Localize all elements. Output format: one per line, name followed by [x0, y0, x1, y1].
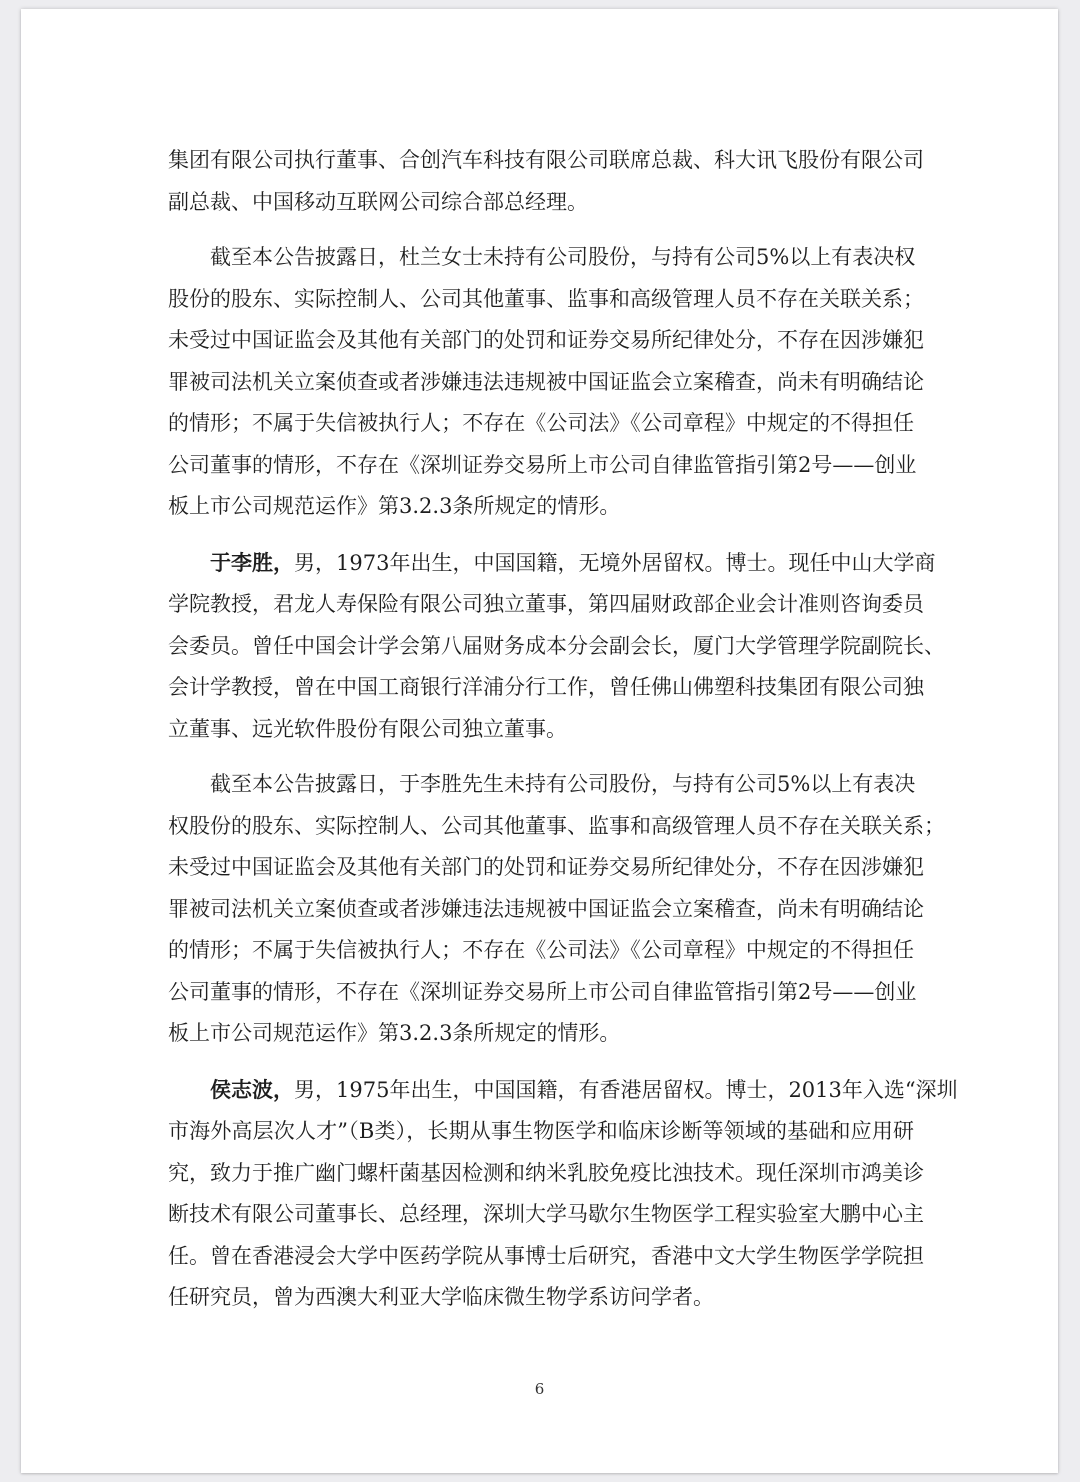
- text-line: 公司董事的情形，不存在《深圳证券交易所上市公司自律监管指引第2号——创业: [168, 972, 914, 1014]
- text-line: 侯志波，男，1975年出生，中国国籍，有香港居留权。博士，2013年入选“深圳: [168, 1069, 914, 1112]
- text-fragment: 男，1975年出生，中国国籍，有香港居留权。博士，2013年入选“深圳: [294, 1078, 958, 1102]
- text-line: 于李胜，男，1973年出生，中国国籍，无境外居留权。博士。现任中山大学商: [168, 542, 914, 585]
- text-line: 断技术有限公司董事长、总经理，深圳大学马歇尔生物医学工程实验室大鹏中心主: [168, 1194, 914, 1236]
- text-fragment: 男，1973年出生，中国国籍，无境外居留权。博士。现任中山大学商: [294, 551, 935, 575]
- page-number: 6: [21, 1380, 1058, 1398]
- text-line: 板上市公司规范运作》第3.2.3条所规定的情形。: [168, 1013, 914, 1055]
- text-line: 股份的股东、实际控制人、公司其他董事、监事和高级管理人员不存在关联关系；: [168, 279, 914, 321]
- paragraph-yu-lisheng-disclosure: 截至本公告披露日，于李胜先生未持有公司股份，与持有公司5%以上有表决 权股份的股…: [168, 764, 914, 1055]
- text-line: 的情形；不属于失信被执行人；不存在《公司法》《公司章程》中规定的不得担任: [168, 403, 914, 445]
- paragraph-yu-lisheng-bio: 于李胜，男，1973年出生，中国国籍，无境外居留权。博士。现任中山大学商 学院教…: [168, 542, 914, 751]
- text-line: 会委员。曾任中国会计学会第八届财务成本分会副会长，厦门大学管理学院副院长、: [168, 626, 914, 668]
- paragraph-continuation: 集团有限公司执行董事、合创汽车科技有限公司联席总裁、科大讯飞股份有限公司 副总裁…: [168, 140, 914, 223]
- person-name: 于李胜，: [210, 550, 294, 575]
- text-line: 罪被司法机关立案侦查或者涉嫌违法违规被中国证监会立案稽查，尚未有明确结论: [168, 362, 914, 404]
- page-content: 集团有限公司执行董事、合创汽车科技有限公司联席总裁、科大讯飞股份有限公司 副总裁…: [168, 140, 914, 1333]
- text-line: 截至本公告披露日，杜兰女士未持有公司股份，与持有公司5%以上有表决权: [168, 237, 914, 279]
- text-line: 立董事、远光软件股份有限公司独立董事。: [168, 709, 914, 751]
- text-line: 权股份的股东、实际控制人、公司其他董事、监事和高级管理人员不存在关联关系；: [168, 806, 914, 848]
- text-line: 副总裁、中国移动互联网公司综合部总经理。: [168, 182, 914, 224]
- person-name: 侯志波，: [210, 1077, 294, 1102]
- text-line: 板上市公司规范运作》第3.2.3条所规定的情形。: [168, 486, 914, 528]
- text-line: 未受过中国证监会及其他有关部门的处罚和证券交易所纪律处分，不存在因涉嫌犯: [168, 847, 914, 889]
- text-line: 任研究员，曾为西澳大利亚大学临床微生物学系访问学者。: [168, 1277, 914, 1319]
- text-line: 学院教授，君龙人寿保险有限公司独立董事，第四届财政部企业会计准则咨询委员: [168, 584, 914, 626]
- text-line: 未受过中国证监会及其他有关部门的处罚和证券交易所纪律处分，不存在因涉嫌犯: [168, 320, 914, 362]
- text-line: 公司董事的情形，不存在《深圳证券交易所上市公司自律监管指引第2号——创业: [168, 445, 914, 487]
- text-line: 截至本公告披露日，于李胜先生未持有公司股份，与持有公司5%以上有表决: [168, 764, 914, 806]
- text-line: 集团有限公司执行董事、合创汽车科技有限公司联席总裁、科大讯飞股份有限公司: [168, 140, 914, 182]
- text-line: 任。曾在香港浸会大学中医药学院从事博士后研究，香港中文大学生物医学学院担: [168, 1236, 914, 1278]
- paragraph-dulan-disclosure: 截至本公告披露日，杜兰女士未持有公司股份，与持有公司5%以上有表决权 股份的股东…: [168, 237, 914, 528]
- text-line: 市海外高层次人才”（B类），长期从事生物医学和临床诊断等领域的基础和应用研: [168, 1111, 914, 1153]
- paragraph-hou-zhibo-bio: 侯志波，男，1975年出生，中国国籍，有香港居留权。博士，2013年入选“深圳 …: [168, 1069, 914, 1319]
- text-line: 究，致力于推广幽门螺杆菌基因检测和纳米乳胶免疫比浊技术。现任深圳市鸿美诊: [168, 1153, 914, 1195]
- document-page: 集团有限公司执行董事、合创汽车科技有限公司联席总裁、科大讯飞股份有限公司 副总裁…: [21, 9, 1058, 1473]
- text-line: 会计学教授，曾在中国工商银行洋浦分行工作，曾任佛山佛塑科技集团有限公司独: [168, 667, 914, 709]
- text-line: 的情形；不属于失信被执行人；不存在《公司法》《公司章程》中规定的不得担任: [168, 930, 914, 972]
- text-line: 罪被司法机关立案侦查或者涉嫌违法违规被中国证监会立案稽查，尚未有明确结论: [168, 889, 914, 931]
